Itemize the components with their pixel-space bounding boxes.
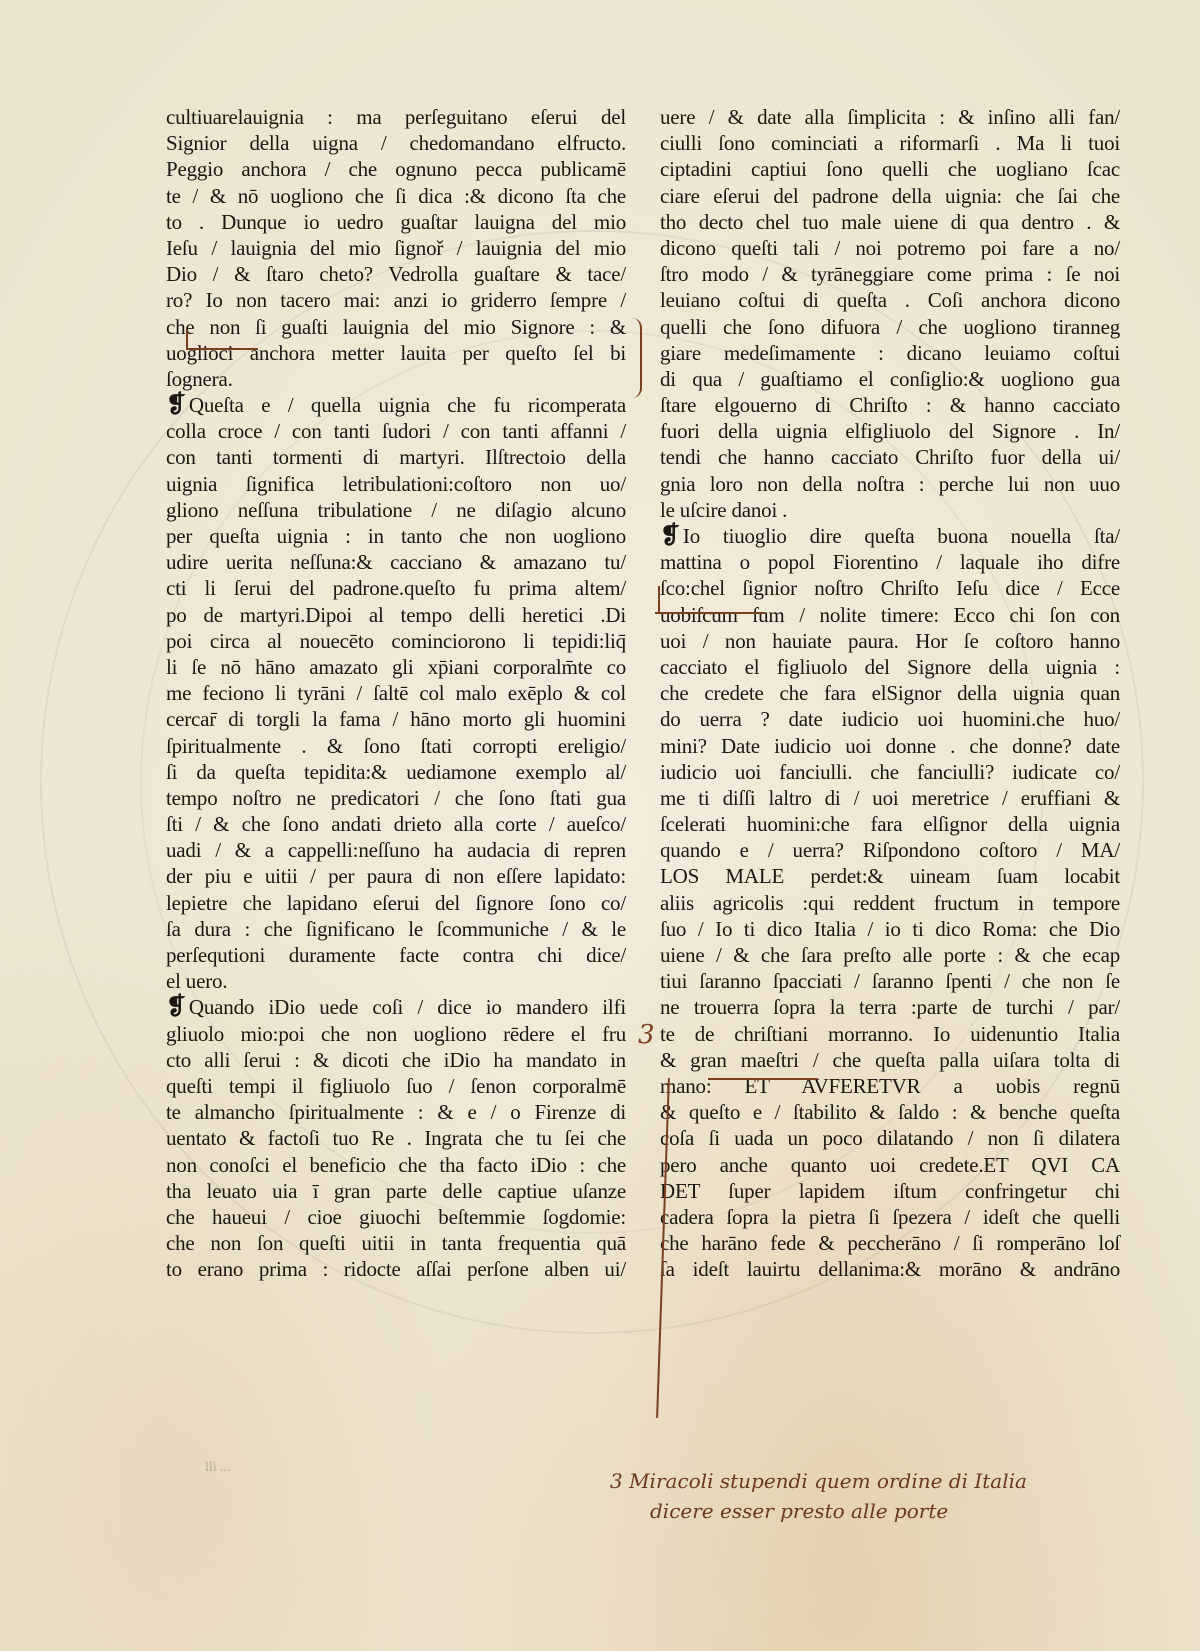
- text-line: che non ſi guaſti lauignia del mio Signo…: [166, 314, 626, 340]
- text-line-content: giare medeſimamente : dicano leuiamo coſ…: [660, 341, 1120, 365]
- text-line-content: to erano prima : ridocte aſſai perſone a…: [166, 1257, 626, 1281]
- text-line-content: ne trouerra ſopra la terra :parte de tur…: [660, 995, 1120, 1019]
- text-line: tho decto chel tuo male uiene di qua den…: [660, 209, 1120, 235]
- text-line: ❡Queſta e / quella uignia che fu ricompe…: [166, 392, 626, 418]
- text-line-content: Signior della uigna / chedomandano elfru…: [166, 131, 626, 155]
- text-line: coſa ſi uada un poco dilatando / non ſi …: [660, 1125, 1120, 1151]
- text-line: DET ſuper lapidem iſtum confringetur chi: [660, 1178, 1120, 1204]
- text-line: cercar̄ di torgli la fama / hāno morto g…: [166, 706, 626, 732]
- text-line: Ieſu / lauignia del mio ſignoř / lauigni…: [166, 235, 626, 261]
- text-line-content: mini? Date iudicio uoi donne . che donne…: [660, 734, 1120, 758]
- text-line-content: ſuo / Io ti dico Italia / io ti dico Rom…: [660, 917, 1120, 941]
- text-line-content: udire uerita neſſuna:& cacciano & amazan…: [166, 550, 626, 574]
- paragraph-mark-icon: ❡: [166, 392, 186, 418]
- text-line: ❡Io tiuoglio dire queſta buona nouella ſ…: [660, 523, 1120, 549]
- text-line-content: uignia ſignifica letribulationi:coſtoro …: [166, 472, 626, 496]
- text-line: che haueui / cioe giuochi beſtemmie ſogd…: [166, 1204, 626, 1230]
- signature-mark: lli ...: [205, 1460, 231, 1476]
- text-line-content: do uerra ? date iudicio uoi huomini.che …: [660, 707, 1120, 731]
- text-line: mini? Date iudicio uoi donne . che donne…: [660, 733, 1120, 759]
- text-line: ❡Quando iDio uede coſi / dice io mandero…: [166, 994, 626, 1020]
- text-line-content: lepietre che lapidano eſerui del ſignore…: [166, 891, 626, 915]
- text-line: cultiuarelauignia : ma perſeguitano eſer…: [166, 104, 626, 130]
- text-line-content: pero anche quanto uoi credete.ET QVI CA: [660, 1153, 1120, 1177]
- text-line-content: me feciono li tyrāni / ſaltē col malo ex…: [166, 681, 626, 705]
- text-line: tempo noſtro ne predicatori / che ſono ſ…: [166, 785, 626, 811]
- text-line: fuori della uignia elfigliuolo del Signo…: [660, 418, 1120, 444]
- text-line: ſuo / Io ti dico Italia / io ti dico Rom…: [660, 916, 1120, 942]
- text-line: giare medeſimamente : dicano leuiamo coſ…: [660, 340, 1120, 366]
- text-line: gliono neſſuna tribulatione / ne diſagio…: [166, 497, 626, 523]
- text-line-content: Quando iDio uede coſi / dice io mandero …: [189, 995, 626, 1019]
- text-line-content: che non ſi guaſti lauignia del mio Signo…: [166, 315, 626, 339]
- text-line-content: poi circa al nouecēto cominciorono li te…: [166, 629, 626, 653]
- text-line-content: Dio / & ſtaro cheto? Vedrolla guaſtare &…: [166, 262, 626, 286]
- text-line: ſtare elgouerno di Chriſto : & hanno cac…: [660, 392, 1120, 418]
- text-line-content: uoglioci anchora metter lauita per queſt…: [166, 341, 626, 365]
- text-line-content: uentato & factoſi tuo Re . Ingrata che t…: [166, 1126, 626, 1150]
- text-line: ſa dura : che ſignificano le ſcommuniche…: [166, 916, 626, 942]
- text-line: poi circa al nouecēto cominciorono li te…: [166, 628, 626, 654]
- text-line-content: queſti tempi il figliuolo ſuo / ſenon co…: [166, 1074, 626, 1098]
- text-line-content: ſa ideſt lauirtu dellanima:& morāno & an…: [660, 1257, 1120, 1281]
- text-line-content: non conoſci el beneficio che tha facto i…: [166, 1153, 626, 1177]
- text-line-content: Peggio anchora / che ognuno pecca public…: [166, 157, 626, 181]
- text-line: te / & nō uogliono che ſi dica :& dicono…: [166, 183, 626, 209]
- text-line: ſti / & che ſono andati drieto alla cort…: [166, 811, 626, 837]
- text-line: cadera ſopra la pietra ſi ſpezera / ideſ…: [660, 1204, 1120, 1230]
- text-line: & queſto e / ſtabilito & ſaldo : & bench…: [660, 1099, 1120, 1125]
- text-line: to . Dunque io uedro guaſtar lauigna del…: [166, 209, 626, 235]
- text-line-content: gliono neſſuna tribulatione / ne diſagio…: [166, 498, 626, 522]
- text-line-content: uere / & date alla ſimplicita : & inſino…: [660, 105, 1120, 129]
- text-line-content: con tanti tormenti di martyri. Ilſtrecto…: [166, 445, 626, 469]
- text-line: uoi / non hauiate paura. Hor ſe coſtoro …: [660, 628, 1120, 654]
- text-line: perſequtioni duramente facte contra chi …: [166, 942, 626, 968]
- text-line-content: po de martyri.Dipoi al tempo delli heret…: [166, 603, 626, 627]
- text-line: ne trouerra ſopra la terra :parte de tur…: [660, 994, 1120, 1020]
- text-line-content: cadera ſopra la pietra ſi ſpezera / ideſ…: [660, 1205, 1120, 1229]
- text-line: che credete che fara elSignor della uign…: [660, 680, 1120, 706]
- text-line-content: leuiano coſtui di queſta . Coſi anchora …: [660, 288, 1120, 312]
- text-line-content: ro? Io non tacero mai: anzi io griderro …: [166, 288, 626, 312]
- handwritten-note-line: dicere esser presto alle porte: [610, 1496, 1150, 1526]
- text-line: mattina o popol Fiorentino / laquale iho…: [660, 549, 1120, 575]
- text-line: ſco:chel ſignior noſtro Chriſto Ieſu dic…: [660, 575, 1120, 601]
- text-line: tha leuato uia ī gran parte delle captiu…: [166, 1178, 626, 1204]
- text-line-content: colla croce / con tanti ſudori / con tan…: [166, 419, 626, 443]
- text-line: der piu e uitii / per paura di non eſſer…: [166, 863, 626, 889]
- text-line: ſcelerati huomini:che fara elſignor dell…: [660, 811, 1120, 837]
- right-text-column: uere / & date alla ſimplicita : & inſino…: [660, 104, 1120, 1282]
- text-line-content: che harāno fede & peccherāno / ſi romper…: [660, 1231, 1120, 1255]
- text-line-content: ſco:chel ſignior noſtro Chriſto Ieſu dic…: [660, 576, 1120, 600]
- text-line: uadi / & a cappelli:neſſuno ha audacia d…: [166, 837, 626, 863]
- paragraph-mark-icon: ❡: [166, 994, 186, 1020]
- text-line: queſti tempi il figliuolo ſuo / ſenon co…: [166, 1073, 626, 1099]
- text-line: udire uerita neſſuna:& cacciano & amazan…: [166, 549, 626, 575]
- text-line-content: tendi che hanno cacciato Chriſto fuor de…: [660, 445, 1120, 469]
- ink-bracket-mark: [628, 318, 642, 398]
- ink-corner-mark: [186, 330, 188, 350]
- text-line-content: ſcelerati huomini:che fara elſignor dell…: [660, 812, 1120, 836]
- text-line: aliis agricolis :qui reddent fructum in …: [660, 890, 1120, 916]
- text-line: te almancho ſpiritualmente : & e / o Fir…: [166, 1099, 626, 1125]
- text-line-content: ſa dura : che ſignificano le ſcommuniche…: [166, 917, 626, 941]
- text-line-content: der piu e uitii / per paura di non eſſer…: [166, 864, 626, 888]
- text-line: Signior della uigna / chedomandano elfru…: [166, 130, 626, 156]
- text-line-content: to . Dunque io uedro guaſtar lauigna del…: [166, 210, 626, 234]
- text-line-content: perſequtioni duramente facte contra chi …: [166, 943, 626, 967]
- text-line-content: quelli che ſono difuora / che uogliono t…: [660, 315, 1120, 339]
- text-line-content: cultiuarelauignia : ma perſeguitano eſer…: [166, 105, 626, 129]
- text-line-content: me ti diſſi laltro di / uoi meretrice / …: [660, 786, 1120, 810]
- text-line: gliuolo mio:poi che non uogliono rēdere …: [166, 1021, 626, 1047]
- text-line: non conoſci el beneficio che tha facto i…: [166, 1152, 626, 1178]
- text-line-content: fuori della uignia elfigliuolo del Signo…: [660, 419, 1120, 443]
- text-line-content: ſi da queſta tepidita:& uediamone exempl…: [166, 760, 626, 784]
- text-line-content: uiene / & che ſara preſto alle porte : &…: [660, 943, 1120, 967]
- text-line: gnia loro non della noſtra : perche lui …: [660, 471, 1120, 497]
- text-line: colla croce / con tanti ſudori / con tan…: [166, 418, 626, 444]
- text-line: LOS MALE perdet:& uineam ſuam locabit: [660, 863, 1120, 889]
- text-line-content: cto alli ſerui : & dicoti che iDio ha ma…: [166, 1048, 626, 1072]
- text-line: con tanti tormenti di martyri. Ilſtrecto…: [166, 444, 626, 470]
- text-line: tendi che hanno cacciato Chriſto fuor de…: [660, 444, 1120, 470]
- text-line: ſognera.: [166, 366, 626, 392]
- text-line: Peggio anchora / che ognuno pecca public…: [166, 156, 626, 182]
- text-line-content: di qua / guaſtiamo el conſiglio:& uoglio…: [660, 367, 1120, 391]
- text-line: po de martyri.Dipoi al tempo delli heret…: [166, 602, 626, 628]
- text-line: te de chriſtiani morranno. Io uidenuntio…: [660, 1021, 1120, 1047]
- text-line-content: cacciato el figliuolo del Signore della …: [660, 655, 1120, 679]
- text-line: lepietre che lapidano eſerui del ſignore…: [166, 890, 626, 916]
- text-line-content: & queſto e / ſtabilito & ſaldo : & bench…: [660, 1100, 1120, 1124]
- ink-underline-mark: [188, 348, 258, 350]
- text-line-content: le uſcire danoi .: [660, 498, 787, 522]
- ink-corner-mark: [658, 586, 660, 614]
- text-line: uiene / & che ſara preſto alle porte : &…: [660, 942, 1120, 968]
- ink-underline-mark: [655, 612, 765, 614]
- text-line: tiui ſaranno ſpacciati / ſaranno ſpenti …: [660, 968, 1120, 994]
- text-line: ſtro modo / & tyrāneggiare come prima : …: [660, 261, 1120, 287]
- manuscript-page: cultiuarelauignia : ma perſeguitano eſer…: [0, 0, 1200, 1651]
- text-line-content: quando e / uerra? Riſpondono coſtoro / M…: [660, 838, 1120, 862]
- text-line: dicono queſti tali / noi potremo poi far…: [660, 235, 1120, 261]
- text-line-content: li ſe nō hāno amazato gli xp̄iani corpor…: [166, 655, 626, 679]
- text-line-content: che non ſon queſti uitii in tanta freque…: [166, 1231, 626, 1255]
- text-line: me ti diſſi laltro di / uoi meretrice / …: [660, 785, 1120, 811]
- text-line-content: ſtare elgouerno di Chriſto : & hanno cac…: [660, 393, 1120, 417]
- left-text-column: cultiuarelauignia : ma perſeguitano eſer…: [166, 104, 626, 1282]
- text-line-content: te de chriſtiani morranno. Io uidenuntio…: [660, 1022, 1120, 1046]
- text-line-content: LOS MALE perdet:& uineam ſuam locabit: [660, 864, 1120, 888]
- text-line-content: per queſta uignia : in tanto che non uog…: [166, 524, 626, 548]
- text-line: li ſe nō hāno amazato gli xp̄iani corpor…: [166, 654, 626, 680]
- text-line-content: & gran maeſtri / che queſta palla uiſara…: [660, 1048, 1120, 1072]
- text-line-content: coſa ſi uada un poco dilatando / non ſi …: [660, 1126, 1120, 1150]
- text-line-content: tiui ſaranno ſpacciati / ſaranno ſpenti …: [660, 969, 1120, 993]
- text-line-content: Ieſu / lauignia del mio ſignoř / lauigni…: [166, 236, 626, 260]
- text-line-content: cti li ſerui del padrone.queſto fu prima…: [166, 576, 626, 600]
- text-line-content: tho decto chel tuo male uiene di qua den…: [660, 210, 1120, 234]
- text-line-content: gnia loro non della noſtra : perche lui …: [660, 472, 1120, 496]
- text-line: ciptadini captiui ſono quelli che uoglia…: [660, 156, 1120, 182]
- text-line-content: Queſta e / quella uignia che fu ricomper…: [189, 393, 626, 417]
- text-line-content: uadi / & a cappelli:neſſuno ha audacia d…: [166, 838, 626, 862]
- text-line: uentato & factoſi tuo Re . Ingrata che t…: [166, 1125, 626, 1151]
- text-line-content: el uero.: [166, 969, 227, 993]
- text-line: ſi da queſta tepidita:& uediamone exempl…: [166, 759, 626, 785]
- text-line-content: che credete che fara elSignor della uign…: [660, 681, 1120, 705]
- text-line: ro? Io non tacero mai: anzi io griderro …: [166, 287, 626, 313]
- paragraph-mark-icon: ❡: [660, 523, 680, 549]
- text-line: ſpiritualmente . & ſono ſtati corropti e…: [166, 733, 626, 759]
- text-line: di qua / guaſtiamo el conſiglio:& uoglio…: [660, 366, 1120, 392]
- text-line-content: tempo noſtro ne predicatori / che ſono ſ…: [166, 786, 626, 810]
- text-line: do uerra ? date iudicio uoi huomini.che …: [660, 706, 1120, 732]
- text-line-content: te almancho ſpiritualmente : & e / o Fir…: [166, 1100, 626, 1124]
- text-line-content: Io tiuoglio dire queſta buona nouella ſt…: [683, 524, 1120, 548]
- text-line: & gran maeſtri / che queſta palla uiſara…: [660, 1047, 1120, 1073]
- handwritten-note-line: 3 Miracoli stupendi quem ordine di Itali…: [610, 1466, 1150, 1496]
- text-line: uoglioci anchora metter lauita per queſt…: [166, 340, 626, 366]
- text-line: quelli che ſono difuora / che uogliono t…: [660, 314, 1120, 340]
- text-line: le uſcire danoi .: [660, 497, 1120, 523]
- text-line: uignia ſignifica letribulationi:coſtoro …: [166, 471, 626, 497]
- text-line-content: ciptadini captiui ſono quelli che uoglia…: [660, 157, 1120, 181]
- text-line-content: uobiſcum ſum / nolite timere: Ecco chi ſ…: [660, 603, 1120, 627]
- text-line-content: tha leuato uia ī gran parte delle captiu…: [166, 1179, 626, 1203]
- text-line: Dio / & ſtaro cheto? Vedrolla guaſtare &…: [166, 261, 626, 287]
- text-line: uobiſcum ſum / nolite timere: Ecco chi ſ…: [660, 602, 1120, 628]
- text-line: mano: ET AVFERETVR a uobis regnū: [660, 1073, 1120, 1099]
- text-line: cto alli ſerui : & dicoti che iDio ha ma…: [166, 1047, 626, 1073]
- text-line: cti li ſerui del padrone.queſto fu prima…: [166, 575, 626, 601]
- text-line-content: ſti / & che ſono andati drieto alla cort…: [166, 812, 626, 836]
- text-line: el uero.: [166, 968, 626, 994]
- text-line: pero anche quanto uoi credete.ET QVI CA: [660, 1152, 1120, 1178]
- text-line-content: cercar̄ di torgli la fama / hāno morto g…: [166, 707, 626, 731]
- text-line: to erano prima : ridocte aſſai perſone a…: [166, 1256, 626, 1282]
- ink-underline-mark: [708, 1078, 818, 1080]
- text-line-content: ſpiritualmente . & ſono ſtati corropti e…: [166, 734, 626, 758]
- text-line-content: te / & nō uogliono che ſi dica :& dicono…: [166, 184, 626, 208]
- text-line: leuiano coſtui di queſta . Coſi anchora …: [660, 287, 1120, 313]
- text-line: quando e / uerra? Riſpondono coſtoro / M…: [660, 837, 1120, 863]
- text-line-content: ciare eſerui del padrone della uignia: c…: [660, 184, 1120, 208]
- text-line-content: iudicio uoi fanciulli. che fanciulli? iu…: [660, 760, 1120, 784]
- text-line-content: dicono queſti tali / noi potremo poi far…: [660, 236, 1120, 260]
- text-line-content: DET ſuper lapidem iſtum confringetur chi: [660, 1179, 1120, 1203]
- text-line-content: ſtro modo / & tyrāneggiare come prima : …: [660, 262, 1120, 286]
- margin-numeral: 3: [638, 1020, 655, 1050]
- text-line: che non ſon queſti uitii in tanta freque…: [166, 1230, 626, 1256]
- handwritten-note: 3 Miracoli stupendi quem ordine di Itali…: [610, 1466, 1150, 1526]
- text-line-content: ſognera.: [166, 367, 233, 391]
- text-line: uere / & date alla ſimplicita : & inſino…: [660, 104, 1120, 130]
- text-line: ciare eſerui del padrone della uignia: c…: [660, 183, 1120, 209]
- text-line-content: mattina o popol Fiorentino / laquale iho…: [660, 550, 1120, 574]
- text-line-content: uoi / non hauiate paura. Hor ſe coſtoro …: [660, 629, 1120, 653]
- text-line: per queſta uignia : in tanto che non uog…: [166, 523, 626, 549]
- text-line: ciulli ſono cominciati a riformarſi . Ma…: [660, 130, 1120, 156]
- text-line: me feciono li tyrāni / ſaltē col malo ex…: [166, 680, 626, 706]
- text-line-content: aliis agricolis :qui reddent fructum in …: [660, 891, 1120, 915]
- text-line: iudicio uoi fanciulli. che fanciulli? iu…: [660, 759, 1120, 785]
- text-line: cacciato el figliuolo del Signore della …: [660, 654, 1120, 680]
- text-line-content: gliuolo mio:poi che non uogliono rēdere …: [166, 1022, 626, 1046]
- text-line-content: che haueui / cioe giuochi beſtemmie ſogd…: [166, 1205, 626, 1229]
- text-line: ſa ideſt lauirtu dellanima:& morāno & an…: [660, 1256, 1120, 1282]
- text-line: che harāno fede & peccherāno / ſi romper…: [660, 1230, 1120, 1256]
- text-line-content: ciulli ſono cominciati a riformarſi . Ma…: [660, 131, 1120, 155]
